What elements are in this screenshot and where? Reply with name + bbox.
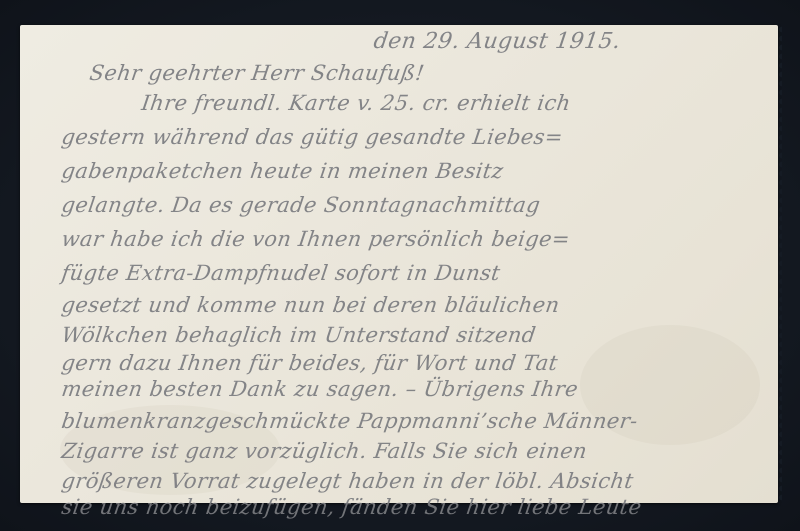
handwritten-text: den 29. August 1915. Sehr geehrter Herr …	[20, 25, 778, 503]
body-line: Wölkchen behaglich im Unterstand sitzend	[60, 323, 537, 347]
date-line: den 29. August 1915.	[372, 29, 622, 54]
body-line: sie uns noch beizufügen, fänden Sie hier…	[60, 495, 643, 519]
body-line: meinen besten Dank zu sagen. – Übrigens …	[60, 377, 580, 401]
body-line: war habe ich die von Ihnen persönlich be…	[60, 227, 572, 251]
body-line: Ihre freundl. Karte v. 25. cr. erhielt i…	[140, 91, 572, 115]
body-line: gern dazu Ihnen für beides, für Wort und…	[60, 351, 559, 375]
body-line: gabenpaketchen heute in meinen Besitz	[60, 159, 505, 183]
salutation: Sehr geehrter Herr Schaufuß!	[88, 61, 426, 85]
body-line: gelangte. Da es gerade Sonntagnachmittag	[60, 193, 542, 217]
postcard: den 29. August 1915. Sehr geehrter Herr …	[20, 25, 778, 503]
body-line: blumenkranzgeschmückte Pappmanni’sche Mä…	[60, 409, 639, 433]
body-line: gestern während das gütig gesandte Liebe…	[60, 125, 565, 149]
body-line: Zigarre ist ganz vorzüglich. Falls Sie s…	[60, 439, 589, 463]
body-line: größeren Vorrat zugelegt haben in der lö…	[60, 469, 635, 493]
body-line: fügte Extra-Dampfnudel sofort in Dunst	[60, 261, 502, 285]
body-line: gesetzt und komme nun bei deren bläulich…	[60, 293, 561, 317]
perforated-edge	[774, 25, 782, 503]
